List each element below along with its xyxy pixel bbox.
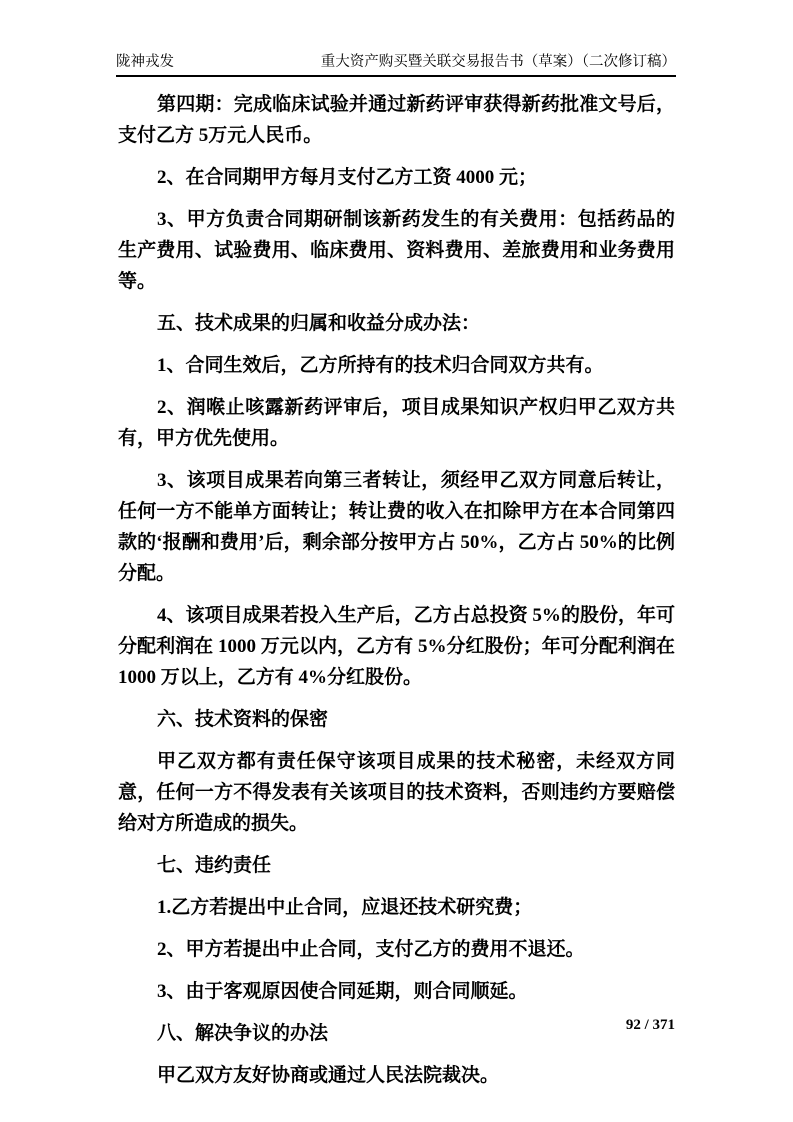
document-page: 陇神戎发 重大资产购买暨关联交易报告书（草案）（二次修订稿） 第四期：完成临床试… — [0, 0, 793, 1122]
section-heading-6: 六、技术资料的保密 — [118, 704, 675, 735]
document-body: 第四期：完成临床试验并通过新药评审获得新药批准文号后，支付乙方 5万元人民币。 … — [118, 89, 675, 1102]
page-header: 陇神戎发 重大资产购买暨关联交易报告书（草案）（二次修订稿） — [116, 53, 676, 77]
paragraph-dispute: 甲乙双方友好协商或通过人民法院裁决。 — [118, 1060, 675, 1091]
paragraph-7-1: 1.乙方若提出中止合同，应退还技术研究费； — [118, 892, 675, 923]
header-company-name: 陇神戎发 — [116, 53, 174, 71]
paragraph-expenses: 3、甲方负责合同期研制该新药发生的有关费用：包括药品的生产费用、试验费用、临床费… — [118, 204, 675, 297]
paragraph-5-1: 1、合同生效后，乙方所持有的技术归合同双方共有。 — [118, 350, 675, 381]
paragraph-confidentiality: 甲乙双方都有责任保守该项目成果的技术秘密，未经双方同意，任何一方不得发表有关该项… — [118, 746, 675, 839]
paragraph-phase4-payment: 第四期：完成临床试验并通过新药评审获得新药批准文号后，支付乙方 5万元人民币。 — [118, 89, 675, 151]
paragraph-5-3: 3、该项目成果若向第三者转让，须经甲乙双方同意后转让，任何一方不能单方面转让；转… — [118, 465, 675, 589]
paragraph-monthly-salary: 2、在合同期甲方每月支付乙方工资 4000 元； — [118, 162, 675, 193]
paragraph-7-2: 2、甲方若提出中止合同，支付乙方的费用不退还。 — [118, 934, 675, 965]
header-report-title: 重大资产购买暨关联交易报告书（草案）（二次修订稿） — [321, 53, 676, 71]
section-heading-8: 八、解决争议的办法 — [118, 1018, 675, 1049]
paragraph-5-4: 4、该项目成果若投入生产后，乙方占总投资 5%的股份，年可分配利润在 1000 … — [118, 600, 675, 693]
section-heading-7: 七、违约责任 — [118, 850, 675, 881]
paragraph-5-2: 2、润喉止咳露新药评审后，项目成果知识产权归甲乙双方共有，甲方优先使用。 — [118, 392, 675, 454]
section-heading-5: 五、技术成果的归属和收益分成办法： — [118, 308, 675, 339]
page-number: 92 / 371 — [626, 1017, 675, 1034]
paragraph-7-3: 3、由于客观原因使合同延期，则合同顺延。 — [118, 976, 675, 1007]
